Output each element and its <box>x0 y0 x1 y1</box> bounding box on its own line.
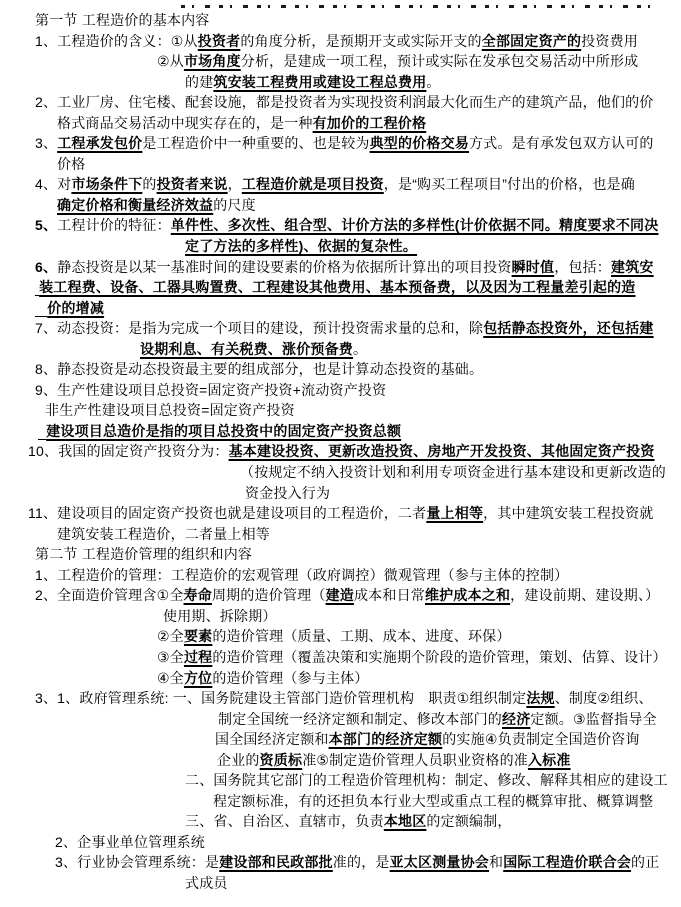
emphasized-text-run: 有加价的工程价格 <box>313 115 427 131</box>
emphasized-text-run: 定了方法的多样性)、依据的复杂性。 <box>185 238 417 254</box>
text-line: ②从市场角度分析，是建成一项工程，预计或实际在发承包交易活动中所形成 <box>0 51 681 72</box>
text-line: ②全要素的造价管理（质量、工期、成本、进度、环保） <box>0 626 681 647</box>
emphasized-text-run: 建筑安 <box>611 259 654 275</box>
text-run: 1、工程造价的管理：工程造价的宏观管理（政府调控）微观管理（参与主体的控制） <box>35 567 568 583</box>
text-run: 的 <box>142 176 156 192</box>
emphasized-text-run: 价的增减 <box>47 300 104 316</box>
clipped-heading-fragments <box>181 3 655 8</box>
text-line: 2、工业厂房、住宅楼、配套设施，都是投资者为实现投资利润最大化而生产的建筑产品，… <box>0 92 681 113</box>
text-line: 程定额标准，有的还担负本行业大型或重点工程的概算审批、概算调整 <box>0 791 681 812</box>
emphasized-text-run: 基本建设投资、更新改造投资、房地产开发投资、其他固定资产投资 <box>229 443 655 459</box>
text-run: ， <box>228 176 242 192</box>
emphasized-text-run: 筑安装工程费用或建设工程总费用 <box>213 74 426 90</box>
text-line: 制定全国统一经济定额和制定、修改本部门的经济定额。③监督指导全 <box>0 709 681 730</box>
text-line: 11、建设项目的固定资产投资也就是建设项目的工程造价，二者量上相等，其中建筑安装… <box>0 503 681 524</box>
text-run: 资金投入行为 <box>245 485 330 501</box>
emphasized-text-run: 市场角度 <box>184 53 241 69</box>
emphasized-text-run: 建设项目总造价是指的项目总投资中的固定资产投资总额 <box>46 423 401 439</box>
text-run: 非生产性建设项目总投资=固定资产投资 <box>45 402 295 418</box>
text-run: ③全 <box>157 649 184 665</box>
text-run: 2、全面造价管理含①全 <box>35 587 184 603</box>
text-line: 建筑安装工程造价，二者量上相等 <box>0 524 681 545</box>
text-line: 价格 <box>0 154 681 175</box>
document-page: 第一节 工程造价的基本内容1、工程造价的含义：①从投资者的角度分析，是预期开支或… <box>0 0 681 907</box>
text-run: 制定全国统一经济定额和制定、修改本部门的 <box>218 711 502 727</box>
emphasized-text-run: 入标准 <box>528 752 571 768</box>
text-line: 7、动态投资：是指为完成一个项目的建设，预计投资需求量的总和，除包括静态投资外，… <box>0 318 681 339</box>
text-line: 10、我国的固定资产投资分为：基本建设投资、更新改造投资、房地产开发投资、其他固… <box>0 441 681 462</box>
text-run: 4、对 <box>35 176 71 192</box>
text-run: 9、生产性建设项目总投资=固定资产投资+流动资产投资 <box>35 382 386 398</box>
text-line: 2、企事业单位管理系统 <box>0 832 681 853</box>
text-line: 6、静态投资是以某一基准时间的建设要素的价格为依据所计算出的项目投资瞬时值，包括… <box>0 257 681 278</box>
text-run: 3、1、政府管理系统: 一、国务院建设主管部门造价管理机构 职责①组织制定 <box>35 690 526 706</box>
emphasized-text-run: 投资者来说 <box>157 176 228 192</box>
text-run: 11、建设项目的固定资产投资也就是建设项目的工程造价，二者 <box>28 505 426 521</box>
text-run: 三、省、自治区、直辖市，负责 <box>185 813 384 829</box>
text-line: 4、对市场条件下的投资者来说，工程造价就是项目投资，是“购买工程项目”付出的价格… <box>0 174 681 195</box>
emphasized-text-run: 要素 <box>184 628 212 644</box>
emphasized-text-run: 寿命 <box>184 587 212 603</box>
text-run: 国全国经济定额和 <box>215 731 329 747</box>
emphasized-text-run: 工程造价就是项目投资 <box>242 176 384 192</box>
emphasized-text-run <box>38 423 46 439</box>
emphasized-text-run: 确定价格和衡量经济效益 <box>57 197 213 213</box>
emphasized-text-run: 典型的价格交易 <box>370 135 469 151</box>
text-line: ③全过程的造价管理（覆盖决策和实施期个阶段的造价管理，策划、估算、设计） <box>0 647 681 668</box>
text-run: 3、 <box>35 135 57 151</box>
text-run: ，是“购买工程项目”付出的价格，也是确 <box>384 176 635 192</box>
text-run: 格式商品交易活动中现实存在的，是一种 <box>57 115 313 131</box>
emphasized-text-run: 资质标 <box>260 752 303 768</box>
text-run: ②全 <box>157 628 184 644</box>
emphasized-text-run: 设期利息、有关税费、涨价预备费 <box>140 341 353 357</box>
text-run: 的建 <box>185 74 213 90</box>
text-line: 8、静态投资是动态投资最主要的组成部分，也是计算动态投资的基础。 <box>0 359 681 380</box>
text-run: 静态投资是以某一基准时间的建设要素的价格为依据所计算出的项目投资 <box>57 259 511 275</box>
text-line: ④全方位的造价管理（参与主体） <box>0 668 681 689</box>
text-run: 的实施④负责制定全国造价咨询 <box>442 731 639 747</box>
emphasized-text-run: 维护成本之和 <box>425 587 510 603</box>
text-run: 工程计价的特征： <box>57 217 171 233</box>
text-run: 10、我国的固定资产投资分为： <box>28 443 229 459</box>
emphasized-text-run: 包括静态投资外，还包括建 <box>483 320 653 336</box>
text-line: 国全国经济定额和本部门的经济定额的实施④负责制定全国造价咨询 <box>0 729 681 750</box>
text-run: 使用期、拆除期） <box>163 608 277 624</box>
text-line: 确定价格和衡量经济效益的尺度 <box>0 195 681 216</box>
text-line: 3、1、政府管理系统: 一、国务院建设主管部门造价管理机构 职责①组织制定法规、… <box>0 688 681 709</box>
text-run: （按规定不纳入投资计划和利用专项资金进行基本建设和更新改造的 <box>240 464 666 480</box>
text-run: 的尺度 <box>213 197 256 213</box>
emphasized-text-run: 本部门的经济定额 <box>329 731 443 747</box>
text-line: 2、全面造价管理含①全寿命周期的造价管理（建造成本和日常维护成本之和，建设前期、… <box>0 585 681 606</box>
document-body: 第一节 工程造价的基本内容1、工程造价的含义：①从投资者的角度分析，是预期开支或… <box>0 10 681 894</box>
text-line: 非生产性建设项目总投资=固定资产投资 <box>0 400 681 421</box>
text-run: 2、工业厂房、住宅楼、配套设施，都是投资者为实现投资利润最大化而生产的建筑产品，… <box>35 94 654 110</box>
text-run: 周期的造价管理（ <box>212 587 326 603</box>
text-run: 准的，是 <box>333 854 390 870</box>
emphasized-text-run: 经济 <box>502 711 530 727</box>
text-line: 设期利息、有关税费、涨价预备费。 <box>0 339 681 360</box>
text-run: 8、静态投资是动态投资最主要的组成部分，也是计算动态投资的基础。 <box>35 361 483 377</box>
text-run: 的造价管理（质量、工期、成本、进度、环保） <box>212 628 510 644</box>
emphasized-text-run: 过程 <box>184 649 212 665</box>
emphasized-text-run: 瞬时值 <box>512 259 555 275</box>
emphasized-text-run: 亚太区测量协会 <box>390 854 489 870</box>
emphasized-text-run: 装工程费、设备、工器具购置费、工程建设其他费用、基本预备费，以及因为工程量差引起… <box>39 279 635 295</box>
text-run: 的造价管理（覆盖决策和实施期个阶段的造价管理，策划、估算、设计） <box>212 649 666 665</box>
text-run: 。 <box>353 341 367 357</box>
text-line: 1、工程造价的管理：工程造价的宏观管理（政府调控）微观管理（参与主体的控制） <box>0 565 681 586</box>
emphasized-text-run: 建设部和民政部批 <box>219 854 333 870</box>
emphasized-text-run: 5、 <box>35 217 57 233</box>
emphasized-text-run: 量上相等 <box>426 505 483 521</box>
text-run: 价格 <box>57 156 85 172</box>
text-run: 2、企事业单位管理系统 <box>55 834 205 850</box>
text-run: 二、国务院其它部门的工程造价管理机构：制定、修改、解释其相应的建设工 <box>185 772 668 788</box>
text-run: 的角度分析，是预期开支或实际开支的 <box>240 33 481 49</box>
text-line: 3、行业协会管理系统：是建设部和民政部批准的，是亚太区测量协会和国际工程造价联合… <box>0 852 681 873</box>
text-run: 3、行业协会管理系统：是 <box>55 854 219 870</box>
text-line: 5、工程计价的特征：单件性、多次性、组合型、计价方法的多样性(计价依据不同。精度… <box>0 215 681 236</box>
text-run: 。 <box>426 74 440 90</box>
text-run: ②从 <box>157 53 184 69</box>
text-run: 和 <box>489 854 503 870</box>
emphasized-text-run: 国际工程造价联合会 <box>503 854 631 870</box>
emphasized-text-run: 市场条件下 <box>71 176 142 192</box>
text-line: 三、省、自治区、直辖市，负责本地区的定额编制， <box>0 811 681 832</box>
text-line: 的建筑安装工程费用或建设工程总费用。 <box>0 72 681 93</box>
text-run: 第二节 工程造价管理的组织和内容 <box>35 546 252 562</box>
text-line: 价的增减 <box>0 298 681 319</box>
emphasized-text-run: 本地区 <box>384 813 427 829</box>
text-run: ④全 <box>157 670 184 686</box>
text-line: 装工程费、设备、工器具购置费、工程建设其他费用、基本预备费，以及因为工程量差引起… <box>0 277 681 298</box>
section-heading: 第一节 工程造价的基本内容 <box>0 10 681 31</box>
text-line: 使用期、拆除期） <box>0 606 681 627</box>
emphasized-text-run: 方位 <box>184 670 212 686</box>
emphasized-text-run: 全部固定资产的 <box>482 33 581 49</box>
text-run: 投资费用 <box>581 33 638 49</box>
text-run: ，包括： <box>554 259 611 275</box>
text-run: 7、动态投资：是指为完成一个项目的建设，预计投资需求量的总和，除 <box>35 320 483 336</box>
text-line: 3、工程承发包价是工程造价中一种重要的、也是较为典型的价格交易方式。是有承发包双… <box>0 133 681 154</box>
text-run: 准⑤制定造价管理人员职业资格的准 <box>302 752 528 768</box>
emphasized-text-run: 单件性、多次性、组合型、计价方法的多样性(计价依据不同。精度要求不同决 <box>171 217 659 233</box>
emphasized-text-run: 法规 <box>526 690 554 706</box>
text-run: 是工程造价中一种重要的、也是较为 <box>142 135 369 151</box>
text-run: ，其中建筑安装工程投资就 <box>483 505 653 521</box>
emphasized-text-run: 工程承发包价 <box>57 135 142 151</box>
section-heading: 第二节 工程造价管理的组织和内容 <box>0 544 681 565</box>
emphasized-text-run <box>35 300 47 316</box>
emphasized-text-run: 建造 <box>326 587 354 603</box>
text-run: 程定额标准，有的还担负本行业大型或重点工程的概算审批、概算调整 <box>213 793 653 809</box>
emphasized-text-run: 6、 <box>35 259 57 275</box>
text-run: 企业的 <box>217 752 260 768</box>
text-run: 的定额编制， <box>426 813 511 829</box>
text-line: 9、生产性建设项目总投资=固定资产投资+流动资产投资 <box>0 380 681 401</box>
text-run: ，建设前期、建设期、） <box>510 587 659 603</box>
text-run: 建筑安装工程造价，二者量上相等 <box>57 526 270 542</box>
text-run: 定额。③监督指导全 <box>530 711 656 727</box>
text-line: 式成员 <box>0 873 681 894</box>
text-line: 企业的资质标准⑤制定造价管理人员职业资格的准入标准 <box>0 750 681 771</box>
text-line: 资金投入行为 <box>0 483 681 504</box>
text-run: 分析，是建成一项工程，预计或实际在发承包交易活动中所形成 <box>241 53 639 69</box>
text-run: 的造价管理（参与主体） <box>212 670 368 686</box>
text-line: 定了方法的多样性)、依据的复杂性。 <box>0 236 681 257</box>
text-run: 式成员 <box>185 875 228 891</box>
text-line: 二、国务院其它部门的工程造价管理机构：制定、修改、解释其相应的建设工 <box>0 770 681 791</box>
text-line: 格式商品交易活动中现实存在的，是一种有加价的工程价格 <box>0 113 681 134</box>
text-run: 、制度②组织、 <box>555 690 653 706</box>
text-run: 成本和日常 <box>354 587 425 603</box>
text-line: 建设项目总造价是指的项目总投资中的固定资产投资总额 <box>0 421 681 442</box>
emphasized-text-run: 投资者 <box>198 33 241 49</box>
text-run: 第一节 工程造价的基本内容 <box>35 12 210 28</box>
text-line: 1、工程造价的含义：①从投资者的角度分析，是预期开支或实际开支的全部固定资产的投… <box>0 31 681 52</box>
text-run: 方式。是有承发包双方认可的 <box>469 135 654 151</box>
text-line: （按规定不纳入投资计划和利用专项资金进行基本建设和更新改造的 <box>0 462 681 483</box>
text-run: 1、工程造价的含义：①从 <box>35 33 198 49</box>
text-run: 的正 <box>631 854 659 870</box>
